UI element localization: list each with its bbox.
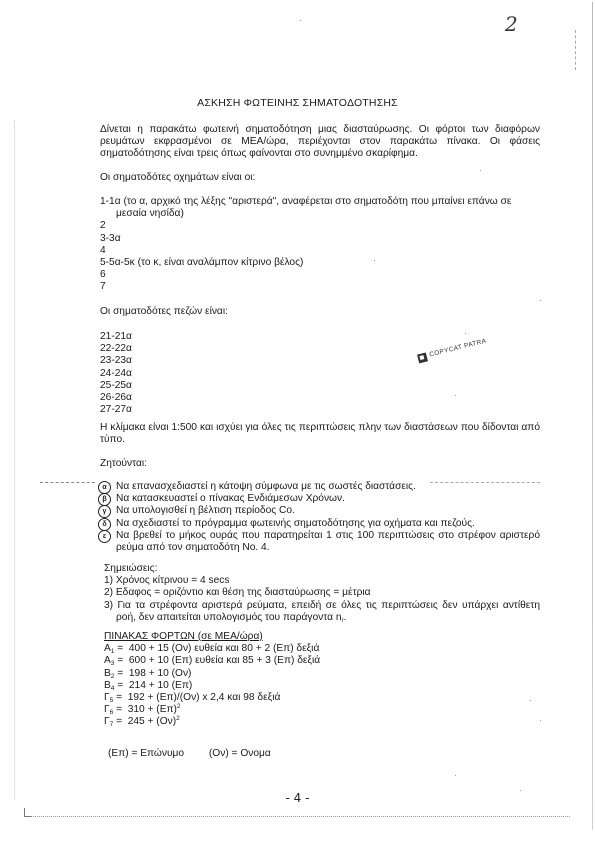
list-item: 3-3α [100, 233, 540, 245]
task-item: δ Να σχεδιαστεί το πρόγραμμα φωτεινής ση… [100, 518, 540, 530]
vehicle-signals-list: 1-1α (το α, αρχικό της λέξης "αριστερά",… [100, 196, 540, 294]
loads-table-rows: A1 = 400 + 15 (Ον) ευθεία και 80 + 2 (Επ… [104, 643, 544, 728]
list-item-continuation: μεσαία νησίδα) [100, 208, 540, 220]
row-value: 400 + 15 (Ον) ευθεία και 80 + 2 (Επ) δεξ… [129, 643, 319, 654]
task-item: β Να κατασκευαστεί ο πίνακας Ενδιάμεσων … [100, 493, 540, 505]
row-value: 245 + (Ον) [128, 716, 176, 727]
loads-table-row: B2 = 198 + 10 (Ον) [104, 668, 544, 680]
row-label: Γ6 [104, 704, 113, 715]
task-item: α Να επανασχεδιαστεί η κάτοψη σύμφωνα με… [100, 481, 540, 493]
loads-table-row: Γ7 = 245 + (Ον)2 [104, 716, 544, 728]
row-label: A1 [104, 643, 114, 654]
scan-edge-bottom [25, 816, 570, 817]
loads-table-row: A1 = 400 + 15 (Ον) ευθεία και 80 + 2 (Επ… [104, 643, 544, 655]
loads-table-row: B4 = 214 + 10 (Επ) [104, 680, 544, 692]
notes-heading: Σημειώσεις: [104, 563, 540, 575]
list-item: 23-23α [100, 355, 540, 367]
loads-table: ΠΙΝΑΚΑΣ ΦΟΡΤΩΝ (σε ΜΕΑ/ώρα) A1 = 400 + 1… [104, 631, 544, 729]
pedestrian-signals-heading: Οι σηματοδότες πεζών είναι: [100, 306, 540, 318]
handwritten-page-mark: 2 [505, 18, 518, 30]
task-list: α Να επανασχεδιαστεί η κάτοψη σύμφωνα με… [100, 481, 540, 554]
page-number: - 4 - [0, 792, 595, 804]
row-label: Γ7 [104, 716, 113, 727]
task-item: ε Να βρεθεί το μήκος ουράς που παρατηρεί… [100, 530, 540, 554]
loads-table-row: Γ5 = 192 + (Επ)/(Ον) x 2,4 και 98 δεξιά [104, 692, 544, 704]
loads-table-row: A3 = 600 + 10 (Επ) ευθεία και 85 + 3 (Επ… [104, 655, 544, 667]
list-item: 5-5α-5κ (το κ, είναι αναλάμπον κίτρινο β… [100, 257, 540, 269]
row-value: 600 + 10 (Επ) ευθεία και 85 + 3 (Επ) δεξ… [129, 655, 320, 666]
row-value: 310 + (Επ) [128, 704, 177, 715]
notes-section: Σημειώσεις: 1) Χρόνος κίτρινου = 4 secs … [104, 563, 540, 627]
requested-heading: Ζητούνται: [100, 458, 540, 470]
scan-edge [592, 2, 593, 830]
row-label: A3 [104, 655, 114, 666]
list-item: 24-24α [100, 368, 540, 380]
row-label: B2 [104, 668, 114, 679]
abbreviation-legend: (Επ) = Επώνυμο (Ον) = Ονομα [108, 748, 293, 760]
stamp-logo-icon [417, 352, 428, 363]
note-item: 3) Για τα στρέφοντα αριστερά ρεύματα, επ… [104, 600, 540, 627]
scan-artifact [575, 30, 577, 70]
vehicle-signals-heading: Οι σηματοδότες οχημάτων είναι οι: [100, 172, 540, 184]
legend-on: (Ον) = Ονομα [209, 748, 271, 759]
row-label: B4 [104, 680, 114, 691]
row-value: 198 + 10 (Ον) [129, 668, 192, 679]
note-item: 2) Εδαφος = οριζόντιο και θέση της διαστ… [104, 587, 540, 599]
row-value: 192 + (Επ)/(Ον) x 2,4 και 98 δεξιά [128, 692, 281, 703]
loads-table-heading: ΠΙΝΑΚΑΣ ΦΟΡΤΩΝ (σε ΜΕΑ/ώρα) [104, 631, 544, 643]
scan-artifact [14, 120, 16, 800]
list-item: 25-25α [100, 380, 540, 392]
list-item: 27-27α [100, 404, 540, 416]
list-item: 1-1α (το α, αρχικό της λέξης "αριστερά",… [100, 196, 540, 208]
task-item: γ Να υπολογισθεί η βέλτιση περίοδος Co. [100, 505, 540, 517]
list-item: 6 [100, 269, 540, 281]
list-item: 4 [100, 245, 540, 257]
scan-corner [24, 808, 31, 817]
scale-paragraph: Η κλίμακα είναι 1:500 και ισχύει για όλε… [100, 422, 540, 446]
circled-letter-marker: α [98, 481, 111, 494]
circled-letter-marker: δ [98, 518, 111, 531]
task-text: Να βρεθεί το μήκος ουράς που παρατηρείτα… [116, 530, 540, 553]
row-label: Γ5 [104, 692, 113, 703]
loads-table-row: Γ6 = 310 + (Επ)2 [104, 704, 544, 716]
list-item: 2 [100, 220, 540, 232]
intro-paragraph: Δίνεται η παρακάτω φωτεινή σηματοδότηση … [100, 124, 540, 161]
note-item: 1) Χρόνος κίτρινου = 4 secs [104, 575, 540, 587]
scan-artifact [40, 482, 95, 483]
note-text: 3) Για τα στρέφοντα αριστερά ρεύματα, επ… [104, 600, 540, 623]
task-text: Να σχεδιαστεί το πρόγραμμα φωτεινής σημα… [116, 518, 475, 529]
task-text: Να επανασχεδιαστεί η κάτοψη σύμφωνα με τ… [116, 481, 416, 492]
task-text: Να υπολογισθεί η βέλτιση περίοδος Co. [116, 505, 295, 516]
circled-letter-marker: ε [98, 530, 111, 543]
circled-letter-marker: β [98, 493, 111, 506]
document-title: ΑΣΚΗΣΗ ΦΩΤΕΙΝΗΣ ΣΗΜΑΤΟΔΟΤΗΣΗΣ [0, 97, 595, 109]
note-subscript: r [342, 618, 344, 624]
list-item: 26-26α [100, 392, 540, 404]
circled-letter-marker: γ [98, 505, 111, 518]
task-text: Να κατασκευαστεί ο πίνακας Ενδιάμεσων Χρ… [116, 493, 345, 504]
legend-ep: (Επ) = Επώνυμο [108, 748, 184, 759]
list-item: 7 [100, 281, 540, 293]
row-value: 214 + 10 (Επ) [129, 680, 192, 691]
